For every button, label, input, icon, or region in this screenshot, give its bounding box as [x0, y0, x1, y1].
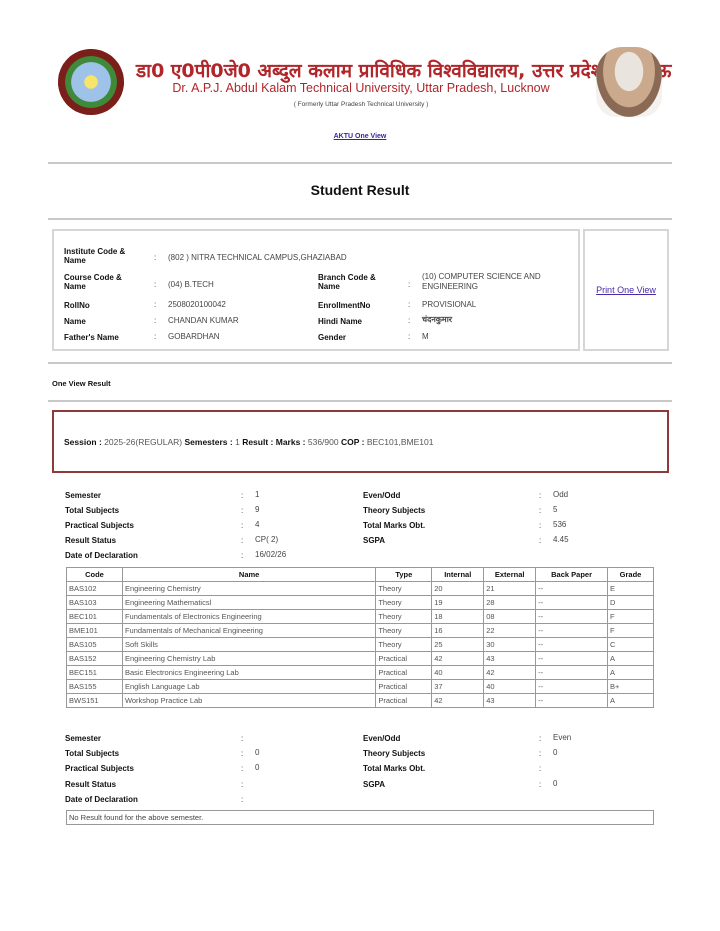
table-row: BAS102Engineering ChemistryTheory2021--E: [67, 582, 654, 596]
table-cell: 21: [484, 582, 536, 596]
theory-subjects-label: Theory Subjects: [363, 506, 425, 515]
divider: [48, 362, 672, 364]
declaration-value: 16/02/26: [255, 550, 286, 560]
column-header: Name: [122, 568, 375, 582]
table-cell: 25: [432, 638, 484, 652]
evenodd-label: Even/Odd: [363, 734, 400, 743]
table-cell: Theory: [376, 638, 432, 652]
table-cell: A: [608, 652, 654, 666]
table-cell: Theory: [376, 610, 432, 624]
table-cell: --: [536, 638, 608, 652]
sgpa-label: SGPA: [363, 780, 385, 789]
colon: :: [241, 536, 243, 545]
print-one-view-link[interactable]: Print One View: [596, 285, 656, 296]
colon: :: [539, 764, 541, 773]
table-header-row: Code Name Type Internal External Back Pa…: [67, 568, 654, 582]
table-cell: B+: [608, 680, 654, 694]
table-cell: BAS155: [67, 680, 123, 694]
sgpa-value: 4.45: [553, 535, 569, 545]
theory-subjects-label: Theory Subjects: [363, 749, 425, 758]
column-header: Internal: [432, 568, 484, 582]
table-cell: --: [536, 610, 608, 624]
table-row: BWS151Workshop Practice LabPractical4243…: [67, 694, 654, 708]
table-cell: --: [536, 666, 608, 680]
course-value: (04) B.TECH: [168, 280, 214, 290]
colon: :: [539, 734, 541, 743]
table-cell: A: [608, 666, 654, 680]
table-cell: 37: [432, 680, 484, 694]
colon: :: [241, 551, 243, 560]
column-header: Code: [67, 568, 123, 582]
sgpa-label: SGPA: [363, 536, 385, 545]
table-cell: BAS105: [67, 638, 123, 652]
table-cell: BAS152: [67, 652, 123, 666]
student-info-panel: Institute Code & Name : (802 ) NITRA TEC…: [52, 229, 580, 351]
table-cell: Theory: [376, 596, 432, 610]
table-cell: --: [536, 596, 608, 610]
table-cell: 43: [484, 694, 536, 708]
colon: :: [154, 332, 156, 341]
divider: [48, 218, 672, 220]
table-cell: D: [608, 596, 654, 610]
column-header: Grade: [608, 568, 654, 582]
practical-subjects-value: 0: [255, 763, 259, 773]
evenodd-value: Odd: [553, 490, 568, 500]
table-cell: 08: [484, 610, 536, 624]
enrollment-label: EnrollmentNo: [318, 301, 370, 310]
colon: :: [241, 734, 243, 743]
table-cell: BAS103: [67, 596, 123, 610]
total-marks-value: 536: [553, 520, 566, 530]
hindi-name-label: Hindi Name: [318, 317, 362, 326]
table-cell: Soft Skills: [122, 638, 375, 652]
colon: :: [539, 506, 541, 515]
name-value: CHANDAN KUMAR: [168, 316, 239, 326]
table-cell: Basic Electronics Engineering Lab: [122, 666, 375, 680]
colon: :: [241, 749, 243, 758]
table-cell: English Language Lab: [122, 680, 375, 694]
theory-subjects-value: 5: [553, 505, 557, 515]
table-cell: --: [536, 680, 608, 694]
table-cell: Practical: [376, 652, 432, 666]
evenodd-label: Even/Odd: [363, 491, 400, 500]
page-title: Student Result: [0, 182, 720, 198]
gender-value: M: [422, 332, 429, 342]
colon: :: [408, 316, 410, 325]
table-cell: 42: [432, 694, 484, 708]
hindi-name-value: चंदनकुमार: [422, 315, 452, 325]
father-name-value: GOBARDHAN: [168, 332, 220, 342]
gender-label: Gender: [318, 333, 346, 342]
total-subjects-label: Total Subjects: [65, 749, 119, 758]
colon: :: [408, 280, 410, 289]
portrait-image-icon: [596, 47, 662, 117]
declaration-label: Date of Declaration: [65, 551, 138, 560]
table-row: BAS103Engineering MathematicslTheory1928…: [67, 596, 654, 610]
name-label: Name: [64, 317, 86, 326]
colon: :: [241, 780, 243, 789]
column-header: External: [484, 568, 536, 582]
rollno-label: RollNo: [64, 301, 90, 310]
table-cell: Theory: [376, 582, 432, 596]
rollno-value: 2508020100042: [168, 300, 226, 310]
no-result-message: No Result found for the above semester.: [66, 810, 654, 825]
table-cell: --: [536, 652, 608, 666]
result-status-label: Result Status: [65, 536, 116, 545]
university-title-hindi: डा0 ए0पी0जे0 अब्दुल कलाम प्राविधिक विश्व…: [136, 57, 586, 83]
table-cell: 22: [484, 624, 536, 638]
colon: :: [539, 491, 541, 500]
university-title-english: Dr. A.P.J. Abdul Kalam Technical Univers…: [136, 81, 586, 95]
table-cell: BME101: [67, 624, 123, 638]
semesters-label: Semesters :: [185, 437, 233, 447]
colon: :: [154, 253, 156, 262]
table-cell: 30: [484, 638, 536, 652]
table-cell: Fundamentals of Electronics Engineering: [122, 610, 375, 624]
father-name-label: Father's Name: [64, 333, 119, 342]
total-subjects-label: Total Subjects: [65, 506, 119, 515]
table-cell: F: [608, 624, 654, 638]
branch-value: (10) COMPUTER SCIENCE AND ENGINEERING: [422, 272, 572, 292]
aktu-one-view-link[interactable]: AKTU One View: [0, 133, 720, 140]
colon: :: [539, 521, 541, 530]
table-cell: BAS102: [67, 582, 123, 596]
colon: :: [241, 764, 243, 773]
colon: :: [539, 749, 541, 758]
table-cell: 40: [484, 680, 536, 694]
total-subjects-value: 9: [255, 505, 259, 515]
practical-subjects-label: Practical Subjects: [65, 521, 134, 530]
table-cell: 16: [432, 624, 484, 638]
table-cell: Engineering Chemistry Lab: [122, 652, 375, 666]
evenodd-value: Even: [553, 733, 571, 743]
table-cell: Engineering Chemistry: [122, 582, 375, 596]
table-cell: 43: [484, 652, 536, 666]
table-cell: Engineering Mathematicsl: [122, 596, 375, 610]
table-cell: Theory: [376, 624, 432, 638]
cop-value: BEC101,BME101: [367, 437, 434, 447]
session-summary: Session : 2025-26(REGULAR) Semesters : 1…: [52, 410, 669, 473]
colon: :: [408, 332, 410, 341]
branch-label: Branch Code & Name: [318, 273, 393, 291]
table-row: BAS105Soft SkillsTheory2530--C: [67, 638, 654, 652]
table-cell: A: [608, 694, 654, 708]
table-cell: BWS151: [67, 694, 123, 708]
table-row: BAS152Engineering Chemistry LabPractical…: [67, 652, 654, 666]
result-status-label: Result Status: [65, 780, 116, 789]
table-cell: --: [536, 694, 608, 708]
divider: [48, 162, 672, 164]
table-cell: C: [608, 638, 654, 652]
declaration-label: Date of Declaration: [65, 795, 138, 804]
print-panel: Print One View: [583, 229, 669, 351]
university-logo-icon: [58, 49, 124, 115]
table-cell: 42: [432, 652, 484, 666]
enrollment-value: PROVISIONAL: [422, 300, 476, 310]
table-cell: --: [536, 624, 608, 638]
table-cell: 42: [484, 666, 536, 680]
theory-subjects-value: 0: [553, 748, 557, 758]
table-cell: Practical: [376, 666, 432, 680]
total-marks-label: Total Marks Obt.: [363, 521, 425, 530]
table-cell: Fundamentals of Mechanical Engineering: [122, 624, 375, 638]
table-cell: BEC151: [67, 666, 123, 680]
colon: :: [154, 280, 156, 289]
session-label: Session :: [64, 437, 102, 447]
table-row: BAS155English Language LabPractical3740-…: [67, 680, 654, 694]
table-cell: 19: [432, 596, 484, 610]
table-row: BME101Fundamentals of Mechanical Enginee…: [67, 624, 654, 638]
practical-subjects-label: Practical Subjects: [65, 764, 134, 773]
table-cell: --: [536, 582, 608, 596]
semester-value: 1: [255, 490, 259, 500]
column-header: Type: [376, 568, 432, 582]
colon: :: [241, 491, 243, 500]
colon: :: [154, 316, 156, 325]
cop-label: COP :: [341, 437, 364, 447]
session-value: 2025-26(REGULAR): [104, 437, 182, 447]
one-view-result-label: One View Result: [52, 379, 111, 388]
marks-value: 536/900: [308, 437, 339, 447]
result-status-value: CP( 2): [255, 535, 278, 545]
semester-label: Semester: [65, 491, 101, 500]
colon: :: [154, 300, 156, 309]
table-cell: Practical: [376, 680, 432, 694]
marks-label: Marks :: [276, 437, 306, 447]
semesters-value: 1: [235, 437, 240, 447]
table-cell: 28: [484, 596, 536, 610]
sgpa-value: 0: [553, 779, 557, 789]
table-cell: BEC101: [67, 610, 123, 624]
university-header: डा0 ए0पी0जे0 अब्दुल कलाम प्राविधिक विश्व…: [50, 45, 670, 120]
column-header: Back Paper: [536, 568, 608, 582]
table-cell: E: [608, 582, 654, 596]
marks-table: Code Name Type Internal External Back Pa…: [66, 567, 654, 708]
colon: :: [241, 521, 243, 530]
colon: :: [408, 300, 410, 309]
table-cell: 18: [432, 610, 484, 624]
formerly-text: ( Formerly Uttar Pradesh Technical Unive…: [136, 101, 586, 108]
practical-subjects-value: 4: [255, 520, 259, 530]
semester-label: Semester: [65, 734, 101, 743]
colon: :: [539, 536, 541, 545]
colon: :: [241, 795, 243, 804]
divider: [48, 400, 672, 402]
institute-label: Institute Code & Name: [64, 247, 139, 265]
total-marks-label: Total Marks Obt.: [363, 764, 425, 773]
course-label: Course Code & Name: [64, 273, 139, 291]
colon: :: [241, 506, 243, 515]
table-row: BEC101Fundamentals of Electronics Engine…: [67, 610, 654, 624]
result-label: Result :: [242, 437, 273, 447]
table-cell: Workshop Practice Lab: [122, 694, 375, 708]
institute-value: (802 ) NITRA TECHNICAL CAMPUS,GHAZIABAD: [168, 253, 347, 263]
table-row: BEC151Basic Electronics Engineering LabP…: [67, 666, 654, 680]
total-subjects-value: 0: [255, 748, 259, 758]
table-cell: Practical: [376, 694, 432, 708]
table-cell: 40: [432, 666, 484, 680]
table-cell: 20: [432, 582, 484, 596]
colon: :: [539, 780, 541, 789]
table-cell: F: [608, 610, 654, 624]
